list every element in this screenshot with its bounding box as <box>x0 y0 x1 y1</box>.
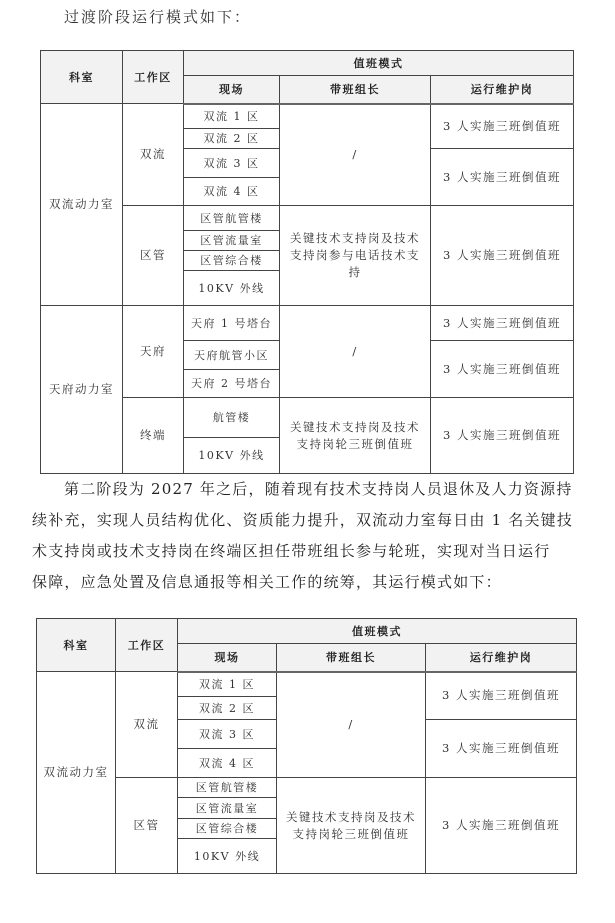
header-department: 科室 <box>41 51 123 104</box>
header-duty-mode: 值班模式 <box>178 619 577 644</box>
site-cell: 双流 3 区 <box>178 720 277 749</box>
header-site: 现场 <box>184 76 280 104</box>
department-cell: 双流动力室 <box>37 672 116 874</box>
site-cell: 10KV 外线 <box>184 271 280 306</box>
shift-leader-cell: / <box>277 672 426 778</box>
header-work-area: 工作区 <box>123 51 184 104</box>
ops-cell: 3 人实施三班倒值班 <box>431 149 574 206</box>
ops-cell: 3 人实施三班倒值班 <box>426 720 577 778</box>
ops-cell: 3 人实施三班倒值班 <box>431 306 574 341</box>
header-site: 现场 <box>178 644 277 672</box>
header-shift-leader: 带班组长 <box>280 76 431 104</box>
header-ops-maintenance: 运行维护岗 <box>426 644 577 672</box>
department-cell: 双流动力室 <box>41 104 123 306</box>
header-duty-mode: 值班模式 <box>184 51 574 76</box>
work-area-cell: 区管 <box>123 206 184 306</box>
transition-duty-table: 科室 工作区 值班模式 现场 带班组长 运行维护岗 双流动力室 双流 双流 1 … <box>40 50 574 474</box>
site-cell: 天府 1 号塔台 <box>184 306 280 341</box>
stage-two-paragraph: 第二阶段为 2027 年之后，随着现有技术支持岗人员退休及人力资源持 续补充，实… <box>32 474 597 598</box>
header-ops-maintenance: 运行维护岗 <box>431 76 574 104</box>
stage-two-duty-table: 科室 工作区 值班模式 现场 带班组长 运行维护岗 双流动力室 双流 双流 1 … <box>36 618 577 874</box>
ops-cell: 3 人实施三班倒值班 <box>431 104 574 149</box>
ops-cell: 3 人实施三班倒值班 <box>426 672 577 720</box>
site-cell: 区管流量室 <box>184 231 280 251</box>
site-cell: 双流 1 区 <box>178 672 277 697</box>
department-cell: 天府动力室 <box>41 306 123 474</box>
site-cell: 双流 2 区 <box>184 129 280 149</box>
site-cell: 区管综合楼 <box>184 251 280 271</box>
shift-leader-cell: 关键技术支持岗及技术支持岗参与电话技术支持 <box>280 206 431 306</box>
ops-cell: 3 人实施三班倒值班 <box>431 398 574 474</box>
site-cell: 区管流量室 <box>178 798 277 819</box>
paragraph-line: 保障，应急处置及信息通报等相关工作的统筹，其运行模式如下： <box>32 567 597 598</box>
header-shift-leader: 带班组长 <box>277 644 426 672</box>
work-area-cell: 双流 <box>123 104 184 206</box>
site-cell: 双流 4 区 <box>178 749 277 778</box>
intro-text: 过渡阶段运行模式如下： <box>64 6 251 27</box>
shift-leader-cell: 关键技术支持岗及技术支持岗轮三班倒值班 <box>280 398 431 474</box>
work-area-cell: 天府 <box>123 306 184 398</box>
ops-cell: 3 人实施三班倒值班 <box>431 206 574 306</box>
site-cell: 10KV 外线 <box>184 438 280 474</box>
work-area-cell: 区管 <box>116 778 178 874</box>
shift-leader-cell: 关键技术支持岗及技术支持岗轮三班倒值班 <box>277 778 426 874</box>
site-cell: 双流 3 区 <box>184 149 280 178</box>
work-area-cell: 双流 <box>116 672 178 778</box>
site-cell: 天府航管小区 <box>184 341 280 370</box>
work-area-cell: 终端 <box>123 398 184 474</box>
paragraph-line: 续补充，实现人员结构优化、资质能力提升，双流动力室每日由 1 名关键技 <box>32 505 597 536</box>
site-cell: 区管航管楼 <box>178 778 277 798</box>
site-cell: 双流 2 区 <box>178 697 277 720</box>
paragraph-line: 术支持岗或技术支持岗在终端区担任带班组长参与轮班，实现对当日运行 <box>32 536 597 567</box>
shift-leader-cell: / <box>280 104 431 206</box>
site-cell: 天府 2 号塔台 <box>184 370 280 398</box>
header-department: 科室 <box>37 619 116 672</box>
ops-cell: 3 人实施三班倒值班 <box>431 341 574 398</box>
header-work-area: 工作区 <box>116 619 178 672</box>
shift-leader-cell: / <box>280 306 431 398</box>
ops-cell: 3 人实施三班倒值班 <box>426 778 577 874</box>
site-cell: 10KV 外线 <box>178 839 277 874</box>
site-cell: 区管综合楼 <box>178 819 277 839</box>
site-cell: 双流 1 区 <box>184 104 280 129</box>
site-cell: 双流 4 区 <box>184 178 280 206</box>
site-cell: 区管航管楼 <box>184 206 280 231</box>
site-cell: 航管楼 <box>184 398 280 438</box>
paragraph-line: 第二阶段为 2027 年之后，随着现有技术支持岗人员退休及人力资源持 <box>32 474 597 505</box>
